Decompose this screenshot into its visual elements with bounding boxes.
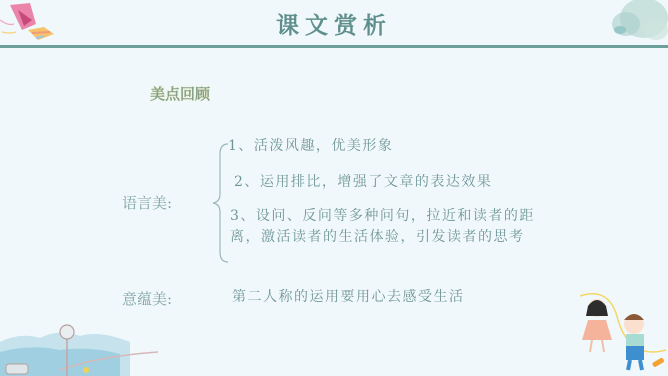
children-jumping-rope-icon	[570, 290, 668, 376]
meaning-beauty-label: 意蕴美:	[122, 288, 172, 309]
language-item-3: 3、设问、反问等多种问句，拉近和读者的距离，激活读者的生活体验，引发读者的思考	[230, 206, 560, 248]
curly-brace	[210, 142, 230, 264]
slide: 课文赏析 美点回顾 语言美: 1、活泼风趣，优美形象 2、运用排比，增强了文章的…	[0, 0, 668, 376]
header-divider	[0, 45, 668, 48]
landscape-icon	[0, 318, 160, 376]
page-title: 课文赏析	[0, 7, 668, 40]
language-item-2: 2、运用排比，增强了文章的表达效果	[234, 172, 492, 193]
meaning-beauty-text: 第二人称的运用要用心去感受生活	[232, 287, 465, 308]
language-item-1: 1、活泼风趣，优美形象	[228, 136, 393, 157]
language-beauty-label: 语言美:	[122, 192, 172, 213]
section-heading: 美点回顾	[150, 83, 210, 104]
